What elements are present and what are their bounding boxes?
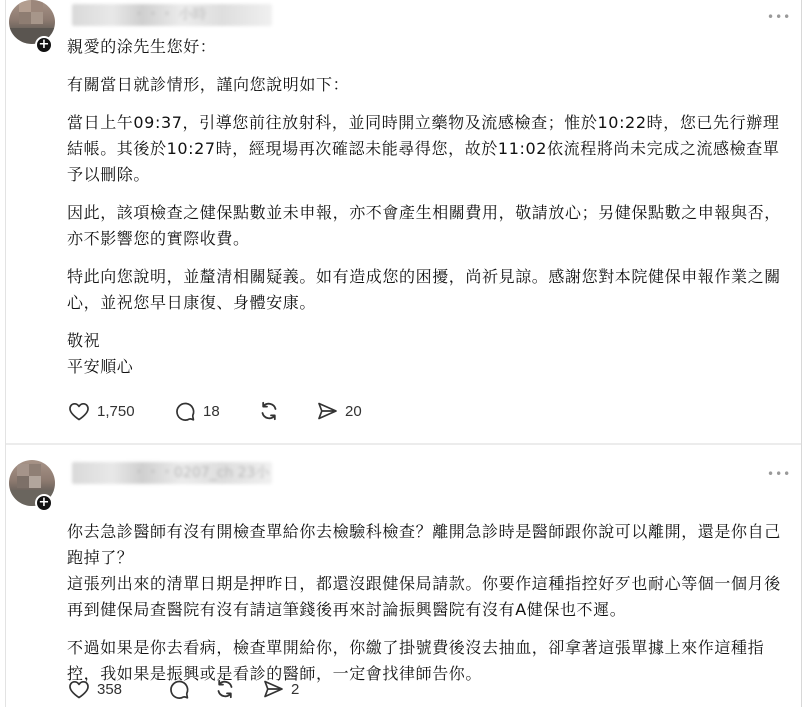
paragraph: 當日上午09:37，引導您前往放射科，並同時開立藥物及流感檢查；惟於10:22時…	[67, 110, 789, 188]
action-bar: 358 2	[67, 677, 299, 701]
send-icon	[261, 677, 285, 701]
paragraph: 有關當日就診情形，謹向您說明如下：	[67, 72, 789, 98]
paragraph: 你去急診醫師有沒有開檢查單給你去檢驗科檢查？離開急診時是醫師跟你說可以離開，還是…	[67, 519, 789, 571]
paragraph: 這張列出來的清單日期是押昨日，都還沒跟健保局請款。你要作這種指控好歹也耐心等個一…	[67, 571, 789, 623]
share-button[interactable]: 20	[315, 399, 362, 423]
post: + ・・・ 小時 ••• 親愛的涂先生您好： 有關當日就診情形，謹向您說明如下：…	[6, 0, 801, 444]
like-count: 1,750	[97, 403, 135, 420]
repost-button[interactable]	[257, 399, 315, 423]
repost-icon	[213, 677, 237, 701]
paragraph: 因此，該項檢查之健保點數並未申報，亦不會產生相關費用，敬請放心；另健保點數之申報…	[67, 200, 789, 252]
post-body: 親愛的涂先生您好： 有關當日就診情形，謹向您說明如下： 當日上午09:37，引導…	[67, 34, 789, 380]
more-options-icon[interactable]: •••	[767, 469, 791, 479]
reply-count: 18	[203, 403, 220, 420]
closing-line: 敬祝	[67, 328, 789, 354]
reply-button[interactable]: 18	[173, 399, 257, 423]
greeting: 親愛的涂先生您好：	[67, 34, 789, 60]
comment-icon	[167, 677, 191, 701]
repost-button[interactable]	[213, 677, 261, 701]
post: + ・・・0207_ch 23小時 ••• 你去急診醫師有沒有開檢查單給你去檢驗…	[6, 444, 801, 707]
action-bar: 1,750 18 20	[67, 399, 362, 423]
post-body: 你去急診醫師有沒有開檢查單給你去檢驗科檢查？離開急診時是醫師跟你說可以離開，還是…	[67, 519, 789, 699]
author-name-blurred[interactable]: ・・・ 小時	[72, 4, 272, 26]
heart-icon	[67, 677, 91, 701]
follow-plus-icon[interactable]: +	[35, 36, 53, 54]
share-button[interactable]: 2	[261, 677, 299, 701]
paragraph: 特此向您說明，並釐清相關疑義。如有造成您的困擾，尚祈見諒。感謝您對本院健保申報作…	[67, 264, 789, 316]
feed-frame: + ・・・ 小時 ••• 親愛的涂先生您好： 有關當日就診情形，謹向您說明如下：…	[5, 0, 802, 707]
heart-icon	[67, 399, 91, 423]
share-count: 20	[345, 403, 362, 420]
like-button[interactable]: 1,750	[67, 399, 173, 423]
repost-icon	[257, 399, 281, 423]
like-button[interactable]: 358	[67, 677, 167, 701]
like-count: 358	[97, 681, 122, 698]
follow-plus-icon[interactable]: +	[35, 494, 53, 512]
comment-icon	[173, 399, 197, 423]
author-name-blurred[interactable]: ・・・0207_ch 23小時	[72, 462, 272, 484]
more-options-icon[interactable]: •••	[767, 12, 791, 22]
reply-button[interactable]	[167, 677, 213, 701]
send-icon	[315, 399, 339, 423]
share-count: 2	[291, 681, 299, 698]
closing-line: 平安順心	[67, 354, 789, 380]
